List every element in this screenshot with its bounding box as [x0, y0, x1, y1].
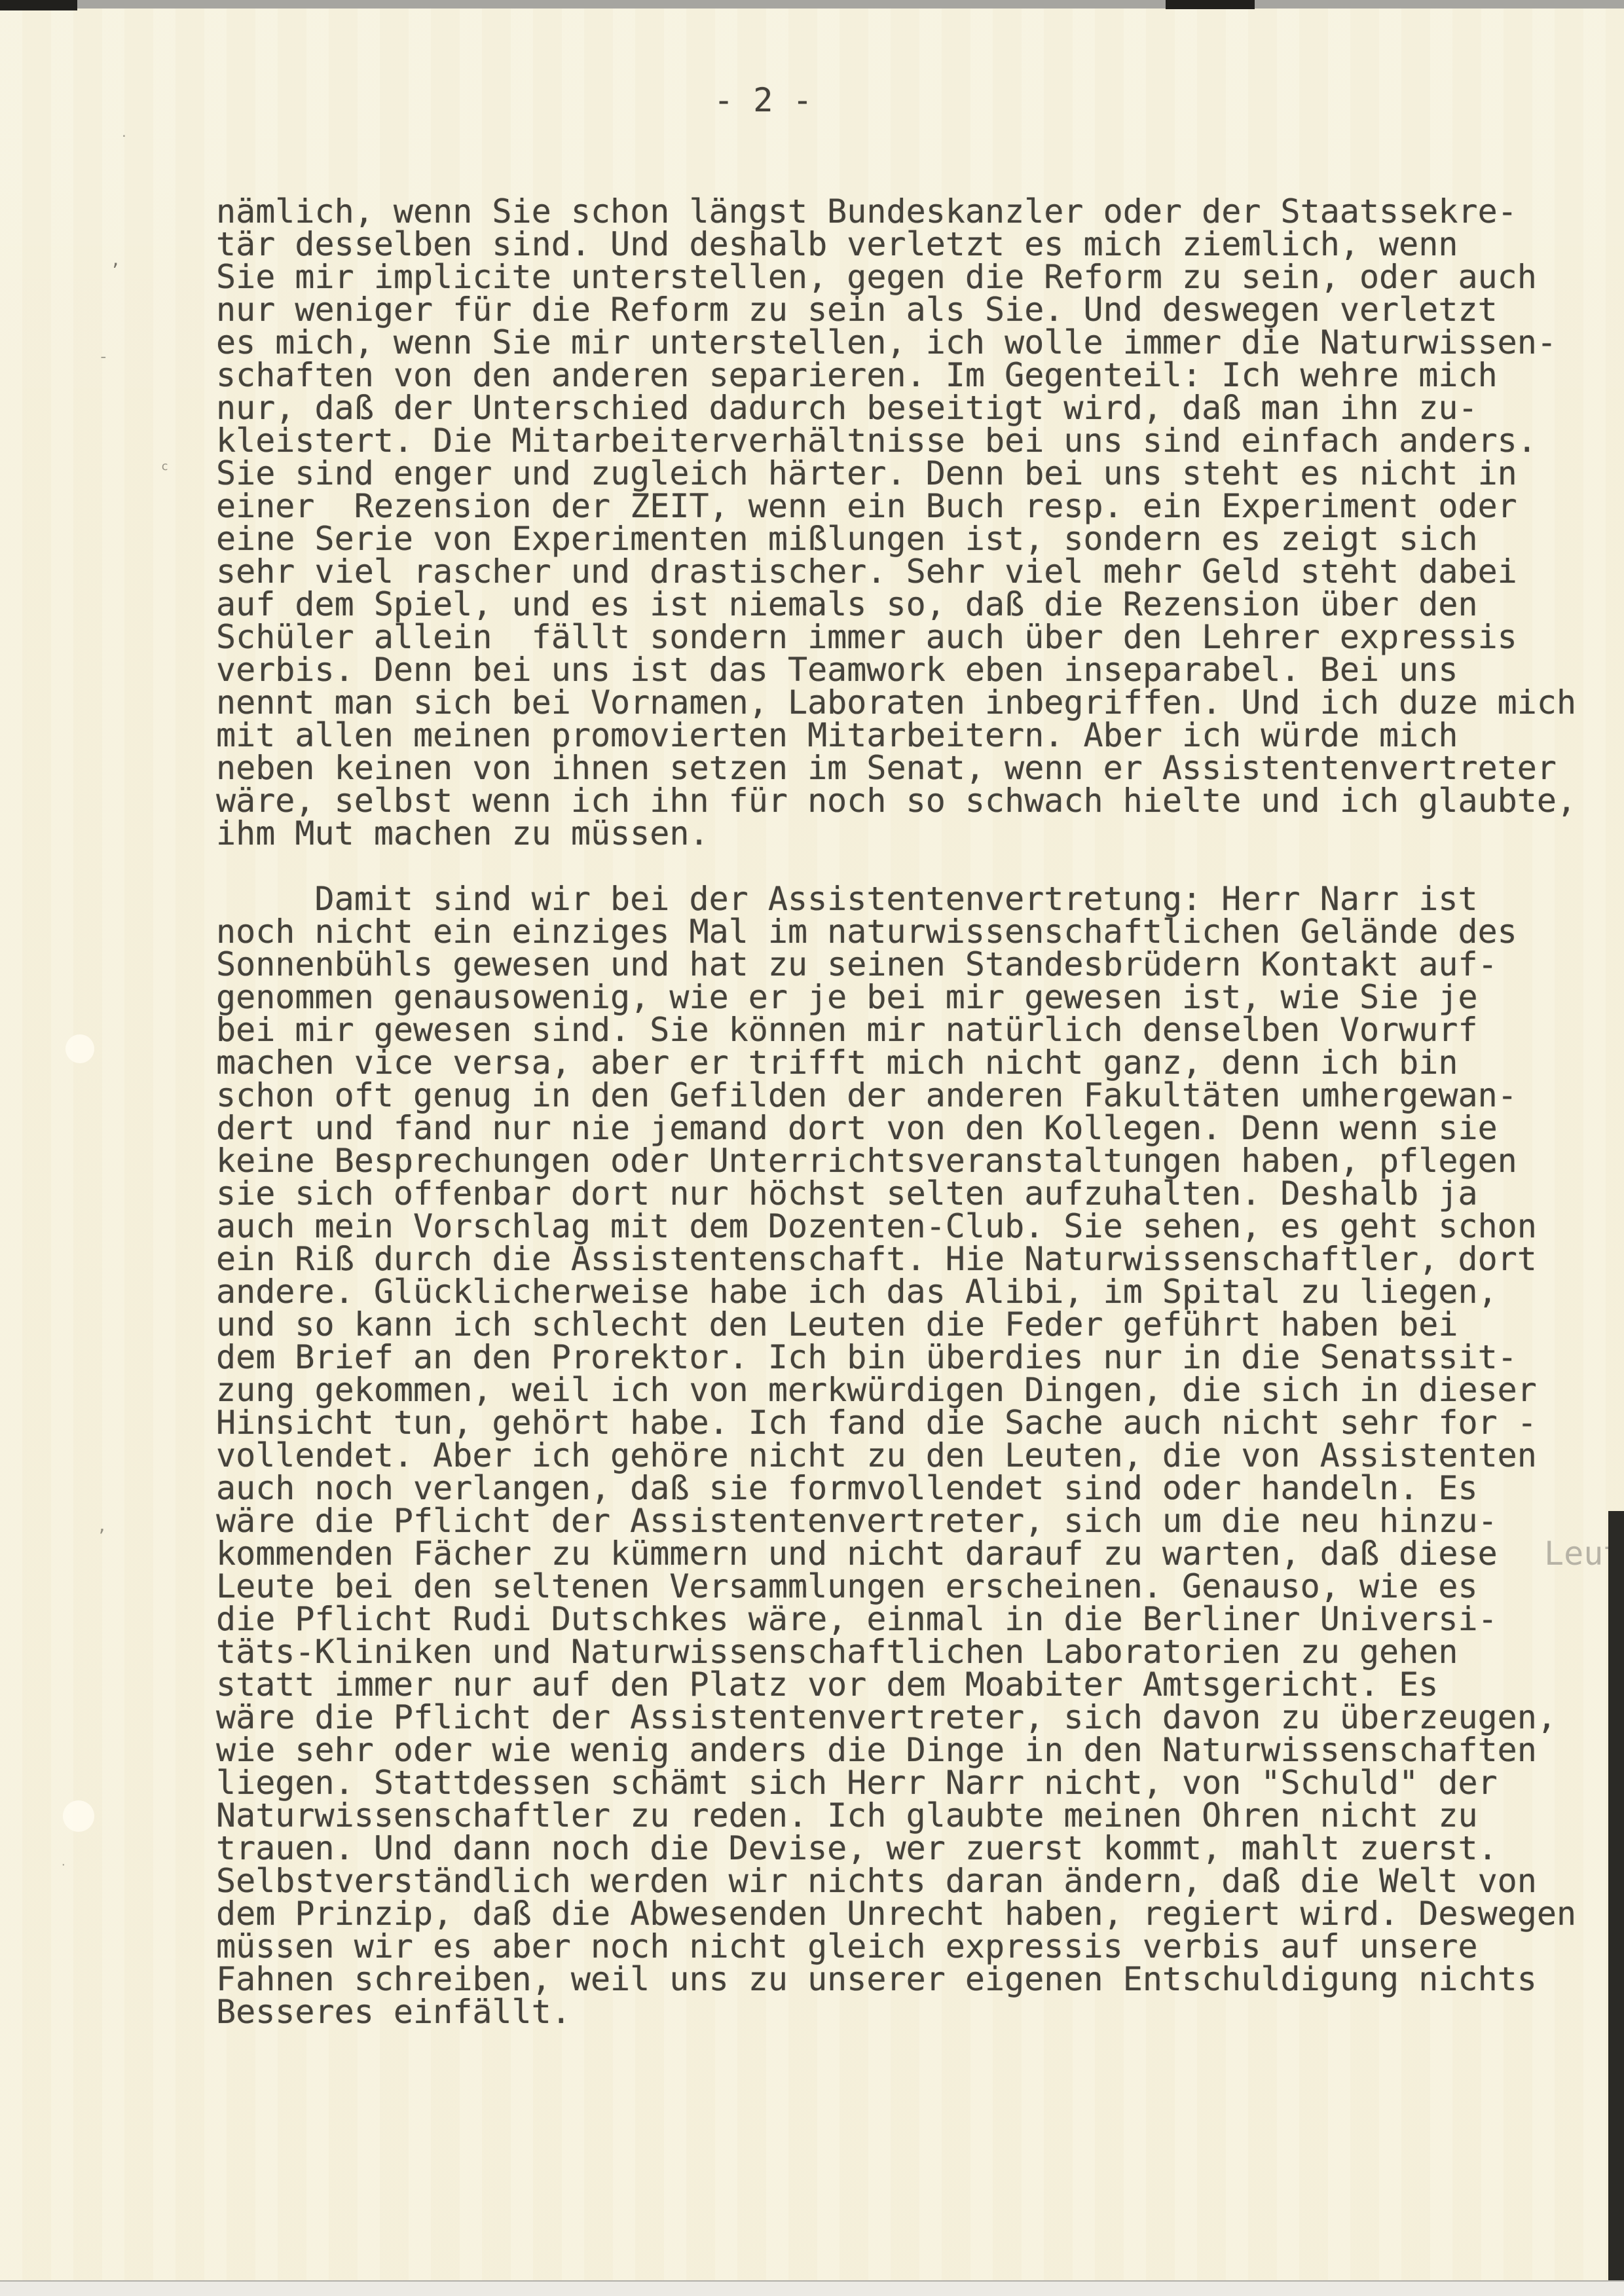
scan-speck: ’ [110, 262, 120, 279]
page-number: - 2 - [714, 84, 813, 117]
text-line: nur, daß der Unterschied dadurch beseiti… [216, 392, 1591, 424]
text-line: bei mir gewesen sind. Sie können mir nat… [216, 1013, 1591, 1046]
text-line: Schüler allein fällt sondern immer auch … [216, 621, 1591, 653]
text-line: einer Rezension der ZEIT, wenn ein Buch … [216, 490, 1591, 522]
text-line: tär desselben sind. Und deshalb verletzt… [216, 228, 1591, 261]
scan-speck: , [97, 1518, 107, 1535]
correction-fluid-spot [63, 1800, 94, 1832]
text-line: Sie mir implicite unterstellen, gegen di… [216, 261, 1591, 293]
text-line: wäre die Pflicht der Assistentenvertrete… [216, 1504, 1591, 1537]
text-line: keine Besprechungen oder Unterrichtsvera… [216, 1144, 1591, 1177]
text-line: die Pflicht Rudi Dutschkes wäre, einmal … [216, 1603, 1591, 1635]
text-line: ihm Mut machen zu müssen. [216, 817, 1591, 850]
paragraph-1: nämlich, wenn Sie schon längst Bundeskan… [216, 195, 1591, 850]
text-line: dert und fand nur nie jemand dort von de… [216, 1112, 1591, 1144]
text-line: müssen wir es aber noch nicht gleich exp… [216, 1930, 1591, 1963]
letter-body: nämlich, wenn Sie schon längst Bundeskan… [216, 195, 1591, 2028]
text-line: mit allen meinen promovierten Mitarbeite… [216, 719, 1591, 752]
text-line: andere. Glücklicherweise habe ich das Al… [216, 1275, 1591, 1308]
text-line: kleistert. Die Mitarbeiterverhältnisse b… [216, 424, 1591, 457]
text-line: Fahnen schreiben, weil uns zu unserer ei… [216, 1963, 1591, 1995]
scan-edge-top-black-left [0, 0, 77, 10]
text-line: zung gekommen, weil ich von merkwürdigen… [216, 1374, 1591, 1406]
text-line: täts-Kliniken und Naturwissenschaftliche… [216, 1635, 1591, 1668]
text-line: Sonnenbühls gewesen und hat zu seinen St… [216, 948, 1591, 981]
paragraph-2: Damit sind wir bei der Assistentenvertre… [216, 883, 1591, 2028]
text-line: sehr viel rascher und drastischer. Sehr … [216, 555, 1591, 588]
text-line: nur weniger für die Reform zu sein als S… [216, 293, 1591, 326]
scan-speck: · [60, 1857, 67, 1874]
text-line: Leute bei den seltenen Versammlungen ers… [216, 1570, 1591, 1603]
text-line: machen vice versa, aber er trifft mich n… [216, 1046, 1591, 1079]
text-line: nennt man sich bei Vornamen, Laboraten i… [216, 686, 1591, 719]
text-line: wäre die Pflicht der Assistentenvertrete… [216, 1701, 1591, 1734]
text-line: verbis. Denn bei uns ist das Teamwork eb… [216, 653, 1591, 686]
text-line: Selbstverständlich werden wir nichts dar… [216, 1865, 1591, 1897]
text-line: liegen. Stattdessen schämt sich Herr Nar… [216, 1766, 1591, 1799]
text-line: vollendet. Aber ich gehöre nicht zu den … [216, 1439, 1591, 1472]
scan-speck: c [161, 458, 168, 475]
text-line: Sie sind enger und zugleich härter. Denn… [216, 457, 1591, 490]
scan-edge-top-black-mid [1166, 0, 1255, 9]
text-line: schaften von den anderen separieren. Im … [216, 359, 1591, 392]
text-line: neben keinen von ihnen setzen im Senat, … [216, 752, 1591, 784]
text-line: schon oft genug in den Gefilden der ande… [216, 1079, 1591, 1112]
text-line: noch nicht ein einziges Mal im naturwiss… [216, 915, 1591, 948]
text-line: Hinsicht tun, gehört habe. Ich fand die … [216, 1406, 1591, 1439]
text-line: auch mein Vorschlag mit dem Dozenten-Clu… [216, 1210, 1591, 1243]
text-line: kommenden Fächer zu kümmern und nicht da… [216, 1537, 1591, 1570]
text-line: sie sich offenbar dort nur höchst selten… [216, 1177, 1591, 1210]
text-line: und so kann ich schlecht den Leuten die … [216, 1308, 1591, 1341]
text-line: ein Riß durch die Assistentenschaft. Hie… [216, 1243, 1591, 1275]
text-line: nämlich, wenn Sie schon längst Bundeskan… [216, 195, 1591, 228]
text-line: genommen genausowenig, wie er je bei mir… [216, 981, 1591, 1013]
text-line: es mich, wenn Sie mir unterstellen, ich … [216, 326, 1591, 359]
text-line: auf dem Spiel, und es ist niemals so, da… [216, 588, 1591, 621]
scan-edge-right [1608, 1511, 1624, 2287]
text-line: auch noch verlangen, daß sie formvollend… [216, 1472, 1591, 1504]
text-line: eine Serie von Experimenten mißlungen is… [216, 522, 1591, 555]
text-line: trauen. Und dann noch die Devise, wer zu… [216, 1832, 1591, 1865]
text-line: Besseres einfällt. [216, 1995, 1591, 2028]
text-line: statt immer nur auf den Platz vor dem Mo… [216, 1668, 1591, 1701]
text-line: dem Brief an den Prorektor. Ich bin über… [216, 1341, 1591, 1374]
scan-edge-top [0, 0, 1624, 9]
text-line: wäre, selbst wenn ich ihn für noch so sc… [216, 784, 1591, 817]
text-line: dem Prinzip, daß die Abwesenden Unrecht … [216, 1897, 1591, 1930]
scan-speck: · [120, 128, 128, 145]
scan-speck: ‑ [98, 348, 109, 365]
scan-edge-bottom [0, 2280, 1624, 2296]
text-line: wie sehr oder wie wenig anders die Dinge… [216, 1734, 1591, 1766]
text-line: Damit sind wir bei der Assistentenvertre… [216, 883, 1591, 915]
correction-fluid-spot [65, 1034, 94, 1063]
text-line: Naturwissenschaftler zu reden. Ich glaub… [216, 1799, 1591, 1832]
